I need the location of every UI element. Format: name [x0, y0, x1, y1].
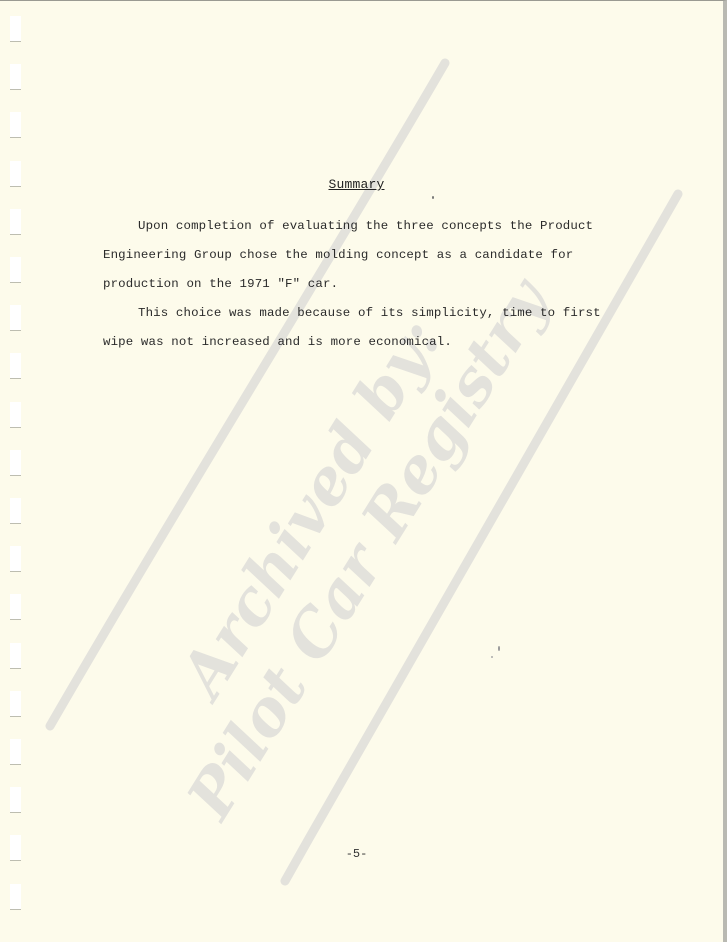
binder-hole	[10, 112, 21, 138]
watermark: Archived by: Pilot Car Registry	[0, 1, 727, 942]
body-line: This choice was made because of its simp…	[138, 306, 601, 320]
binder-hole	[10, 353, 21, 379]
binder-hole	[10, 546, 21, 572]
binder-hole	[10, 402, 21, 428]
binder-hole	[10, 643, 21, 669]
scan-speck	[432, 196, 434, 199]
scan-speck	[498, 646, 500, 651]
watermark-line-1: Archived by:	[163, 306, 455, 713]
watermark-swoosh-left	[50, 63, 445, 726]
binder-hole	[10, 691, 21, 717]
binder-hole	[10, 787, 21, 813]
section-heading: Summary	[0, 177, 713, 192]
watermark-line-2: Pilot Car Registry	[172, 264, 565, 833]
binder-hole	[10, 450, 21, 476]
body-line: Engineering Group chose the molding conc…	[103, 248, 573, 262]
binder-hole	[10, 305, 21, 331]
body-line: wipe was not increased and is more econo…	[103, 335, 452, 349]
binder-hole	[10, 594, 21, 620]
body-line: Upon completion of evaluating the three …	[138, 219, 593, 233]
page-number: -5-	[0, 847, 713, 861]
binder-hole	[10, 16, 21, 42]
scanned-page: Archived by: Pilot Car Registry Summary …	[0, 0, 727, 942]
binder-hole	[10, 739, 21, 765]
binder-holes	[0, 1, 30, 942]
binder-hole	[10, 209, 21, 235]
binder-hole	[10, 257, 21, 283]
binder-hole	[10, 884, 21, 910]
watermark-swoosh-right	[285, 194, 678, 881]
scan-speck	[491, 656, 493, 658]
binder-hole	[10, 64, 21, 90]
binder-hole	[10, 498, 21, 524]
body-line: production on the 1971 "F" car.	[103, 277, 338, 291]
